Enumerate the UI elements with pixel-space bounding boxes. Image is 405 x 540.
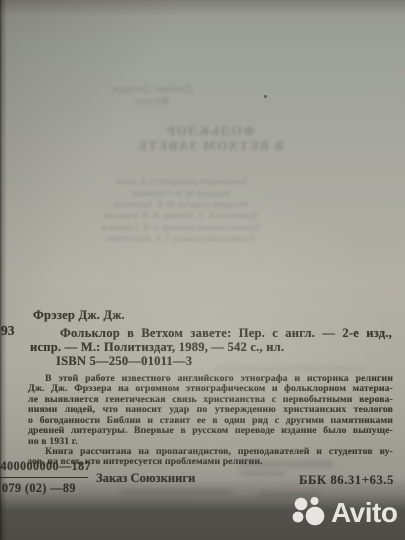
catalog-code: 93 — [1, 323, 15, 339]
book-imprint-page-photo: Джеймс Джордж Фрэзер ФОЛЬКЛОР В ВЕТХОМ З… — [0, 0, 405, 540]
order-note: Заказ Союзкниги — [96, 471, 195, 486]
ghost-credits-line: Младший редактор М. К. Арсеньева — [71, 200, 291, 209]
ghost-smudge — [215, 366, 365, 371]
annotation-line: ниями людей, что наносит удар по утвержд… — [28, 405, 393, 416]
ghost-book-title-line: В ВЕТХОМ ЗАВЕТЕ — [100, 138, 320, 154]
ghost-credits-line: Художественный редактор А. Я. Гладышев — [71, 223, 291, 232]
ghost-book-title-line: ФОЛЬКЛОР — [100, 123, 320, 139]
print-code-numerator: 0400000000—187 — [0, 459, 91, 474]
ghost-credits-line: Заведующий редакцией О. А. Казак — [71, 177, 291, 186]
author-heading: Фрэзер Дж. Дж. — [33, 308, 125, 323]
print-code-fraction-bar — [0, 477, 88, 478]
avito-watermark: Avito — [291, 496, 397, 529]
annotation-line: Дж. Дж. Фрэзера на огромном этнографичес… — [28, 384, 393, 395]
dust-speck — [264, 95, 267, 98]
ghost-credits-line: Технический редактор Т. К. Харитонова — [71, 234, 291, 243]
ghost-author-name-line: Фрэзер — [72, 96, 232, 107]
ghost-smudge — [120, 489, 232, 495]
ghost-smudge — [240, 471, 286, 476]
avito-wordmark: Avito — [331, 497, 397, 529]
avito-logo-icon — [291, 496, 326, 529]
ghost-credits-line: Редактор М. В. Степанова — [71, 189, 291, 198]
bibliographic-line: испр. — М.: Политиздат, 1989, — 542 с., … — [30, 340, 284, 355]
print-code-denominator: 079 (02) —89 — [2, 481, 76, 496]
ghost-credits-line: Художники В. А. Юликов, И. В. Борисова — [71, 211, 291, 220]
bbk-code: ББК 86.31+63.5 — [299, 473, 394, 488]
annotation-line: древней литературы. Впервые в русском пе… — [28, 426, 393, 437]
bibliographic-line: Фольклор в Ветхом завете: Пер. с англ. —… — [60, 326, 392, 341]
ghost-author-name-line: Джеймс Джордж — [72, 84, 232, 95]
isbn-line: ISBN 5—250—01011—3 — [56, 354, 192, 369]
